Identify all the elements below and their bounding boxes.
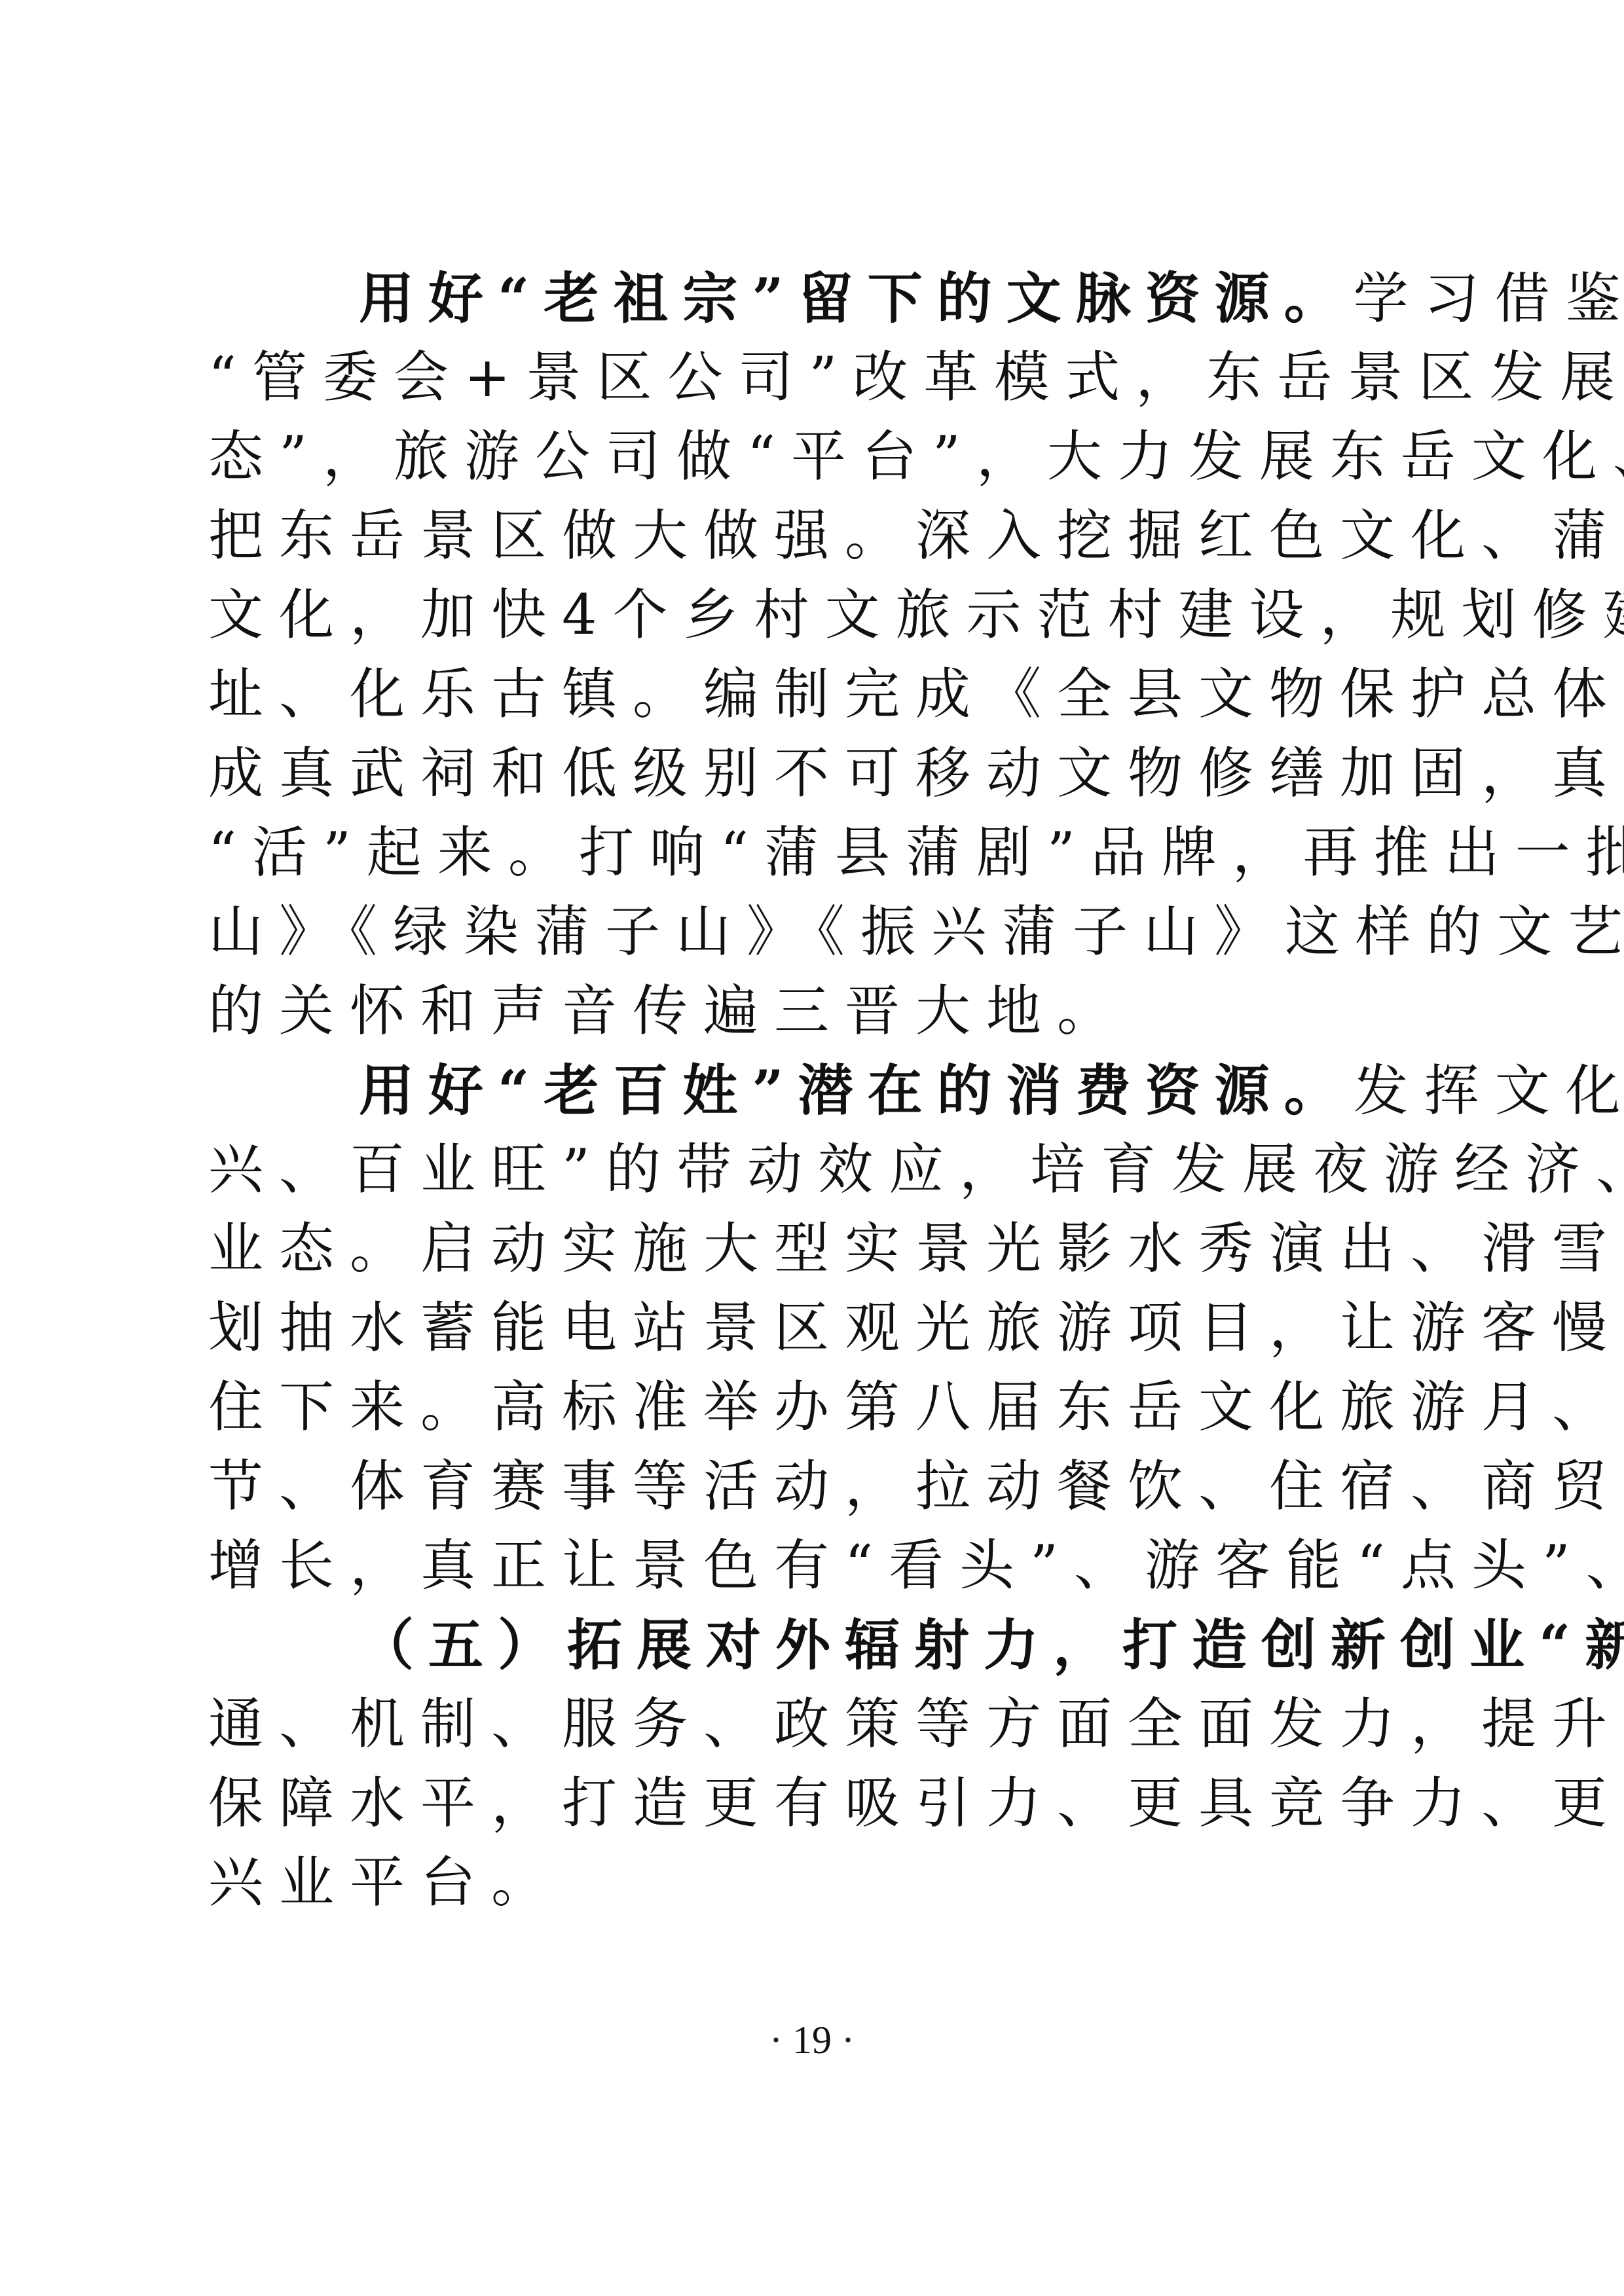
paragraph-text: 发挥文化旅游“一业 <box>1354 1059 1624 1123</box>
paragraph-line: “活”起来。打响“蒲县蒲剧”品牌，再推出一批像《春暖蒲子 <box>208 813 1420 892</box>
paragraph-lead-heading: 用好“老祖宗”留下的文脉资源。 <box>359 266 1354 331</box>
paragraph-line: 把东岳景区做大做强。深入挖掘红色文化、蒲伊文化、民俗 <box>208 496 1420 575</box>
paragraph-line: 山》《绿染蒲子山》《振兴蒲子山》这样的文艺创作精品，让党 <box>208 892 1420 972</box>
paragraph-line: 址、化乐古镇。编制完成《全县文物保护总体规划》，加快完 <box>208 655 1420 734</box>
section-heading: （五）拓展对外辐射力，打造创新创业“新高地”。 <box>359 1613 1624 1677</box>
paragraph-line: 住下来。高标准举办第八届东岳文化旅游月、美食啤酒烧烤 <box>208 1368 1420 1447</box>
paragraph-line: 兴、百业旺”的带动效应，培育发展夜游经济、体验经济等新 <box>208 1130 1420 1209</box>
paragraph-line: 的关怀和声音传遍三晋大地。 <box>208 972 1420 1051</box>
paragraph-line: 兴业平台。 <box>208 1843 1420 1922</box>
paragraph-line: 态”，旅游公司做“平台”，大力发展东岳文化、祈福文化，尽快 <box>208 417 1420 496</box>
paragraph-consumer-resources: 用好“老百姓”潜在的消费资源。发挥文化旅游“一业 兴、百业旺”的带动效应，培育发… <box>208 1051 1420 1605</box>
paragraph-lead-heading: 用好“老百姓”潜在的消费资源。 <box>359 1058 1354 1123</box>
paragraph-line: 成真武祠和低级别不可移动文物修缮加固，真正让文物资源 <box>208 734 1420 813</box>
paragraph-text: 学习借鉴五台山景区 <box>1354 266 1624 331</box>
paragraph-line: （五）拓展对外辐射力，打造创新创业“新高地”。从交 <box>208 1605 1420 1685</box>
paragraph-section-five: （五）拓展对外辐射力，打造创新创业“新高地”。从交 通、机制、服务、政策等方面全… <box>208 1605 1420 1922</box>
paragraph-line: 用好“老祖宗”留下的文脉资源。学习借鉴五台山景区 <box>208 259 1420 338</box>
paragraph-cultural-resources: 用好“老祖宗”留下的文脉资源。学习借鉴五台山景区 “管委会+景区公司”改革模式，… <box>208 259 1420 1051</box>
paragraph-line: 增长，真正让景色有“看头”、游客能“点头”、百姓有“赚头”。 <box>208 1526 1420 1605</box>
paragraph-line: 节、体育赛事等活动，拉动餐饮、住宿、商贸、娱乐等业态快速 <box>208 1447 1420 1526</box>
paragraph-line: 文化，加快4个乡村文旅示范村建设，规划修建井沟战役遗 <box>208 575 1420 655</box>
paragraph-line: 划抽水蓄能电站景区观光旅游项目，让游客慢下来、留下来、 <box>208 1288 1420 1368</box>
page-number: · 19 · <box>0 2018 1624 2063</box>
document-page: 用好“老祖宗”留下的文脉资源。学习借鉴五台山景区 “管委会+景区公司”改革模式，… <box>208 259 1420 1922</box>
paragraph-line: “管委会+景区公司”改革模式，东岳景区发展中心做“生 <box>208 338 1420 417</box>
paragraph-line: 用好“老百姓”潜在的消费资源。发挥文化旅游“一业 <box>208 1051 1420 1130</box>
paragraph-line: 通、机制、服务、政策等方面全面发力，提升互联互通和服务 <box>208 1685 1420 1764</box>
paragraph-line: 业态。启动实施大型实景光影水秀演出、滑雪场等项目，谋 <box>208 1209 1420 1288</box>
paragraph-line: 保障水平，打造更有吸引力、更具竞争力、更富有活力的投资 <box>208 1764 1420 1843</box>
